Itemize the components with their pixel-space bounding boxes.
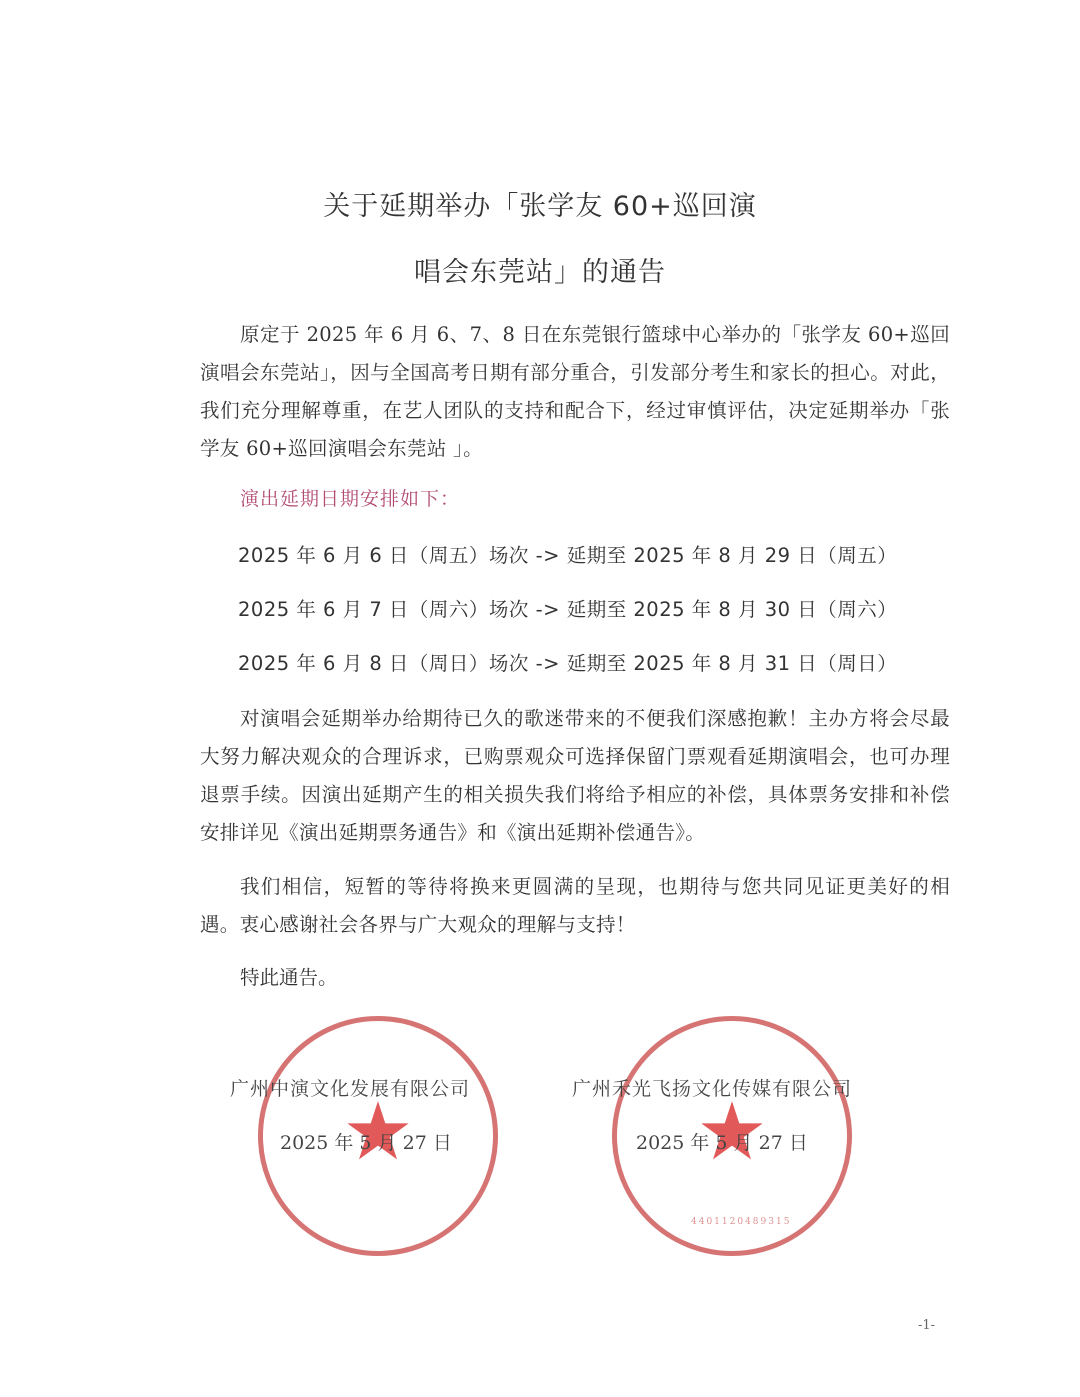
schedule-item: 2025 年 6 月 8 日（周日）场次 -> 延期至 2025 年 8 月 3… (238, 648, 897, 676)
paragraph-apology: 对演唱会延期举办给期待已久的歌迷带来的不便我们深感抱歉！主办方将会尽最大努力解决… (200, 700, 950, 852)
schedule-heading: 演出延期日期安排如下： (240, 484, 460, 511)
schedule-item: 2025 年 6 月 6 日（周五）场次 -> 延期至 2025 年 8 月 2… (238, 540, 897, 568)
paragraph-intro: 原定于 2025 年 6 月 6、7、8 日在东莞银行篮球中心举办的「张学友 6… (200, 316, 950, 468)
signature-date: 2025 年 5 月 27 日 (280, 1128, 452, 1155)
signature-date: 2025 年 5 月 27 日 (636, 1128, 808, 1155)
paragraph-thanks: 我们相信，短暂的等待将换来更圆满的呈现，也期待与您共同见证更美好的相遇。衷心感谢… (200, 868, 950, 944)
signatory-company: 广州中演文化发展有限公司 (230, 1074, 470, 1101)
seal-number: 4401120489315 (691, 1217, 791, 1227)
document-title-line2: 唱会东莞站」的通告 (0, 250, 1080, 289)
document-title-line1: 关于延期举办「张学友 60+巡回演 (0, 184, 1080, 223)
signatory-company: 广州禾光飞扬文化传媒有限公司 (572, 1074, 852, 1101)
schedule-item: 2025 年 6 月 7 日（周六）场次 -> 延期至 2025 年 8 月 3… (238, 594, 897, 622)
closing-text: 特此通告。 (240, 962, 338, 990)
page-number: -1- (918, 1318, 935, 1333)
